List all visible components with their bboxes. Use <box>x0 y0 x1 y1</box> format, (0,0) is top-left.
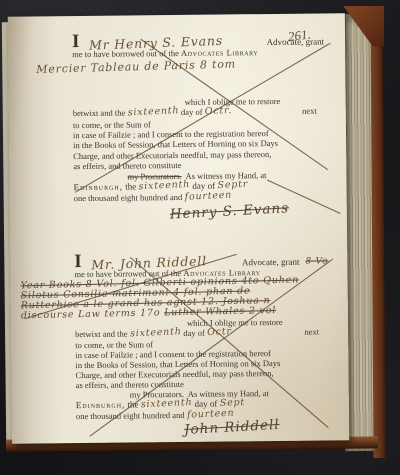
restore-month: Octr. <box>204 106 232 118</box>
edinburgh-label: Edinburgh, <box>76 400 126 411</box>
restore-day: sixteenth <box>127 106 179 119</box>
day-of-label: day of <box>192 181 215 191</box>
ledger-page: 261. I Mr Henry S. Evans Advocate, grant… <box>8 13 349 444</box>
book-cover-edge <box>370 10 385 458</box>
signed-day: sixteenth <box>141 398 193 410</box>
book-line-struck: Luther Whales 2 vol <box>164 305 276 318</box>
the-label: the <box>127 399 138 409</box>
borrow-entry-evans: I Mr Henry S. Evans Advocate, grant me t… <box>8 29 347 220</box>
entry-head: I Mr Henry S. Evans Advocate, grant <box>72 29 326 49</box>
margin-scribble: 8 Vo <box>305 256 328 266</box>
next-label: next <box>302 106 317 117</box>
signed-year: fourteen <box>184 191 232 204</box>
next-label: next <box>304 327 319 337</box>
day-of-label: day of <box>181 107 203 117</box>
betwixt-prefix: betwixt and the <box>73 108 126 119</box>
borrower-name: Mr. John Riddell <box>92 256 208 270</box>
borrower-signature: John Riddell <box>184 420 280 435</box>
day-of-label: day of <box>195 399 218 409</box>
signed-day: sixteenth <box>138 180 190 193</box>
year-words: one thousand eight hundred and <box>76 410 185 421</box>
borrower-signature: Henry S. Evans <box>170 203 290 220</box>
borrowed-book-list: Year Books 8 Vol. fol. Gilberti opinions… <box>21 276 343 319</box>
the-label: the <box>125 182 136 192</box>
advocate-grant-label: Advocate, grant <box>267 36 327 47</box>
edinburgh-label: Edinburgh, <box>74 182 124 193</box>
form-pronoun: I <box>74 254 82 269</box>
form-pronoun: I <box>72 34 80 49</box>
entry-head: I Mr. John Riddell Advocate, grant 8 Vo <box>74 249 328 269</box>
advocate-grant-label: Advocate, grant <box>242 257 302 268</box>
restore-month: Octr <box>207 327 232 338</box>
borrower-name: Mr Henry S. Evans <box>89 35 223 50</box>
day-of-label: day of <box>183 328 205 338</box>
year-words: one thousand eight hundred and <box>74 192 183 203</box>
restore-day: sixteenth <box>129 327 181 339</box>
year-line: one thousand eight hundred and fourteen <box>74 191 328 205</box>
borrow-entry-riddell: I Mr. John Riddell Advocate, grant 8 Vo … <box>10 249 349 436</box>
book-line-plain: discourse Law terms 17o <box>21 307 161 321</box>
betwixt-prefix: betwixt and the <box>75 329 128 340</box>
